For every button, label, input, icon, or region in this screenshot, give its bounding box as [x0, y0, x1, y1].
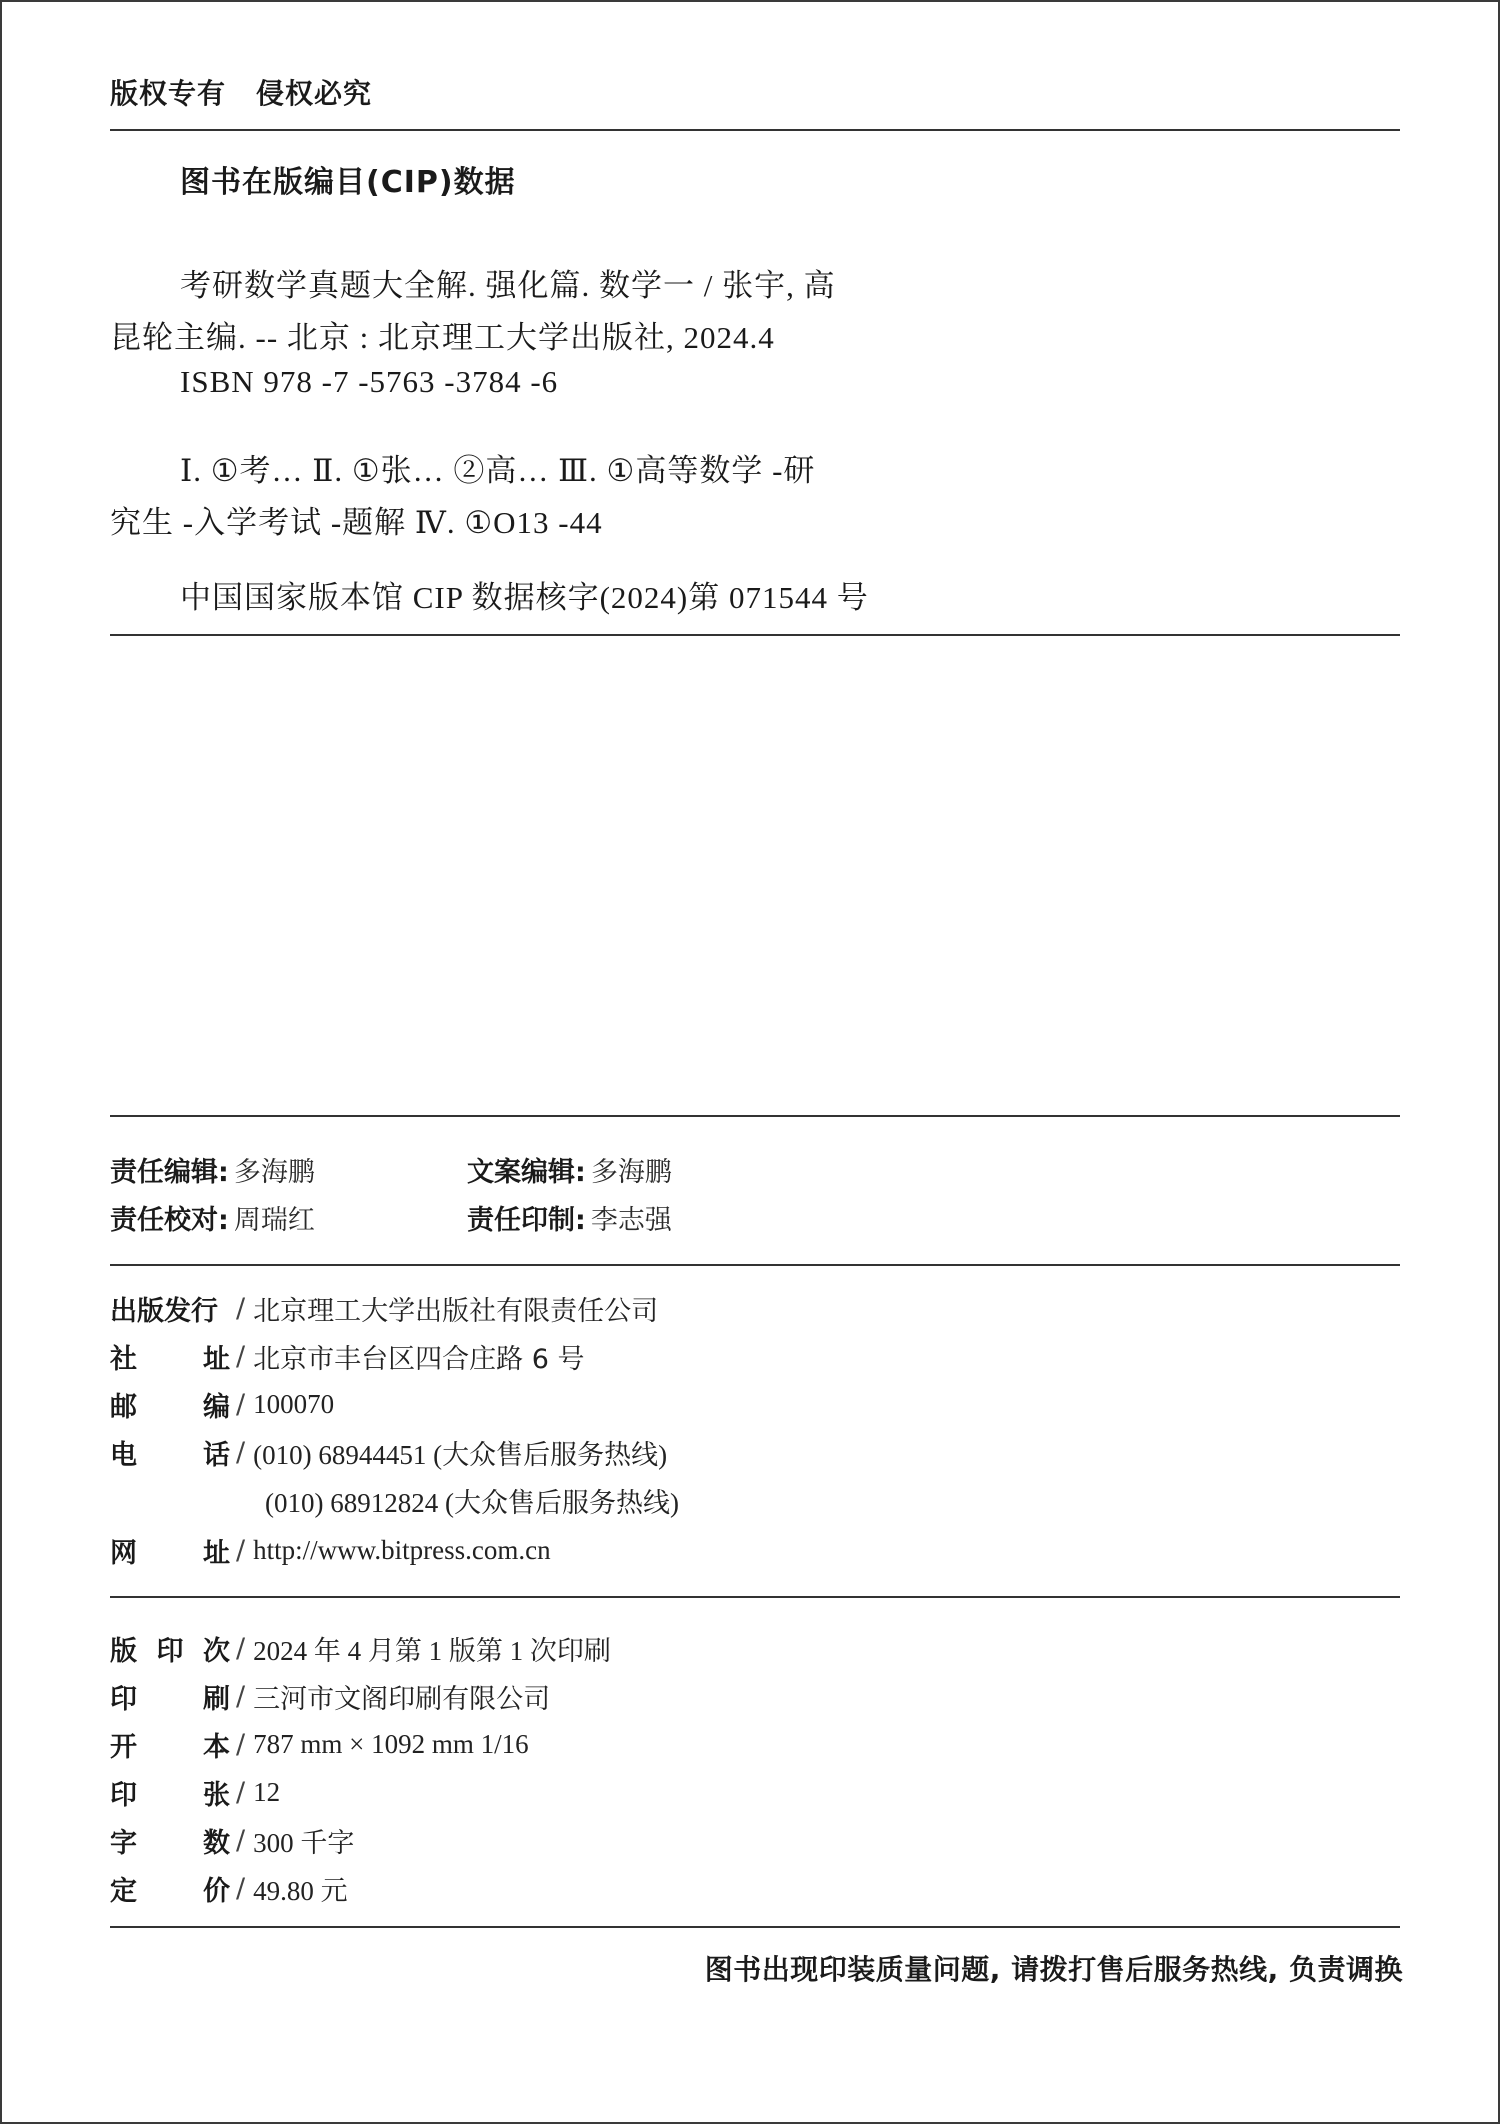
cip-line-publisher: 昆轮主编. -- 北京 : 北京理工大学出版社, 2024.4: [110, 312, 775, 357]
info-label: 电话: [110, 1433, 230, 1472]
info-label: 开本: [110, 1725, 230, 1764]
info-row-postcode: 邮编 / 100070: [110, 1384, 334, 1424]
info-label: 邮编: [110, 1385, 230, 1424]
staff-label: 责任印制:: [467, 1205, 586, 1236]
divider-print-top: [110, 1596, 1400, 1598]
info-row-phone: 电话 / (010) 68944451 (大众售后服务热线): [110, 1432, 667, 1472]
slash-separator: /: [236, 1389, 245, 1420]
info-value: 787 mm × 1092 mm 1/16: [253, 1729, 528, 1760]
info-value: 三河市文阁印刷有限公司: [253, 1677, 550, 1716]
info-row-word-count: 字数 / 300 千字: [110, 1820, 354, 1860]
quality-notice: 图书出现印装质量问题, 请拨打售后服务热线, 负责调换: [705, 1948, 1403, 1988]
slash-separator: /: [236, 1681, 245, 1712]
divider-footer-top: [110, 1926, 1400, 1928]
staff-label: 文案编辑:: [467, 1157, 586, 1188]
slash-separator: /: [236, 1341, 245, 1372]
info-label: 出版发行: [110, 1289, 230, 1328]
info-row-printer: 印刷 / 三河市文阁印刷有限公司: [110, 1676, 550, 1716]
slash-separator: /: [236, 1535, 245, 1566]
info-label: 版印次: [110, 1629, 230, 1668]
cip-line-classification-cont: 究生 -入学考试 -题解 Ⅳ. ①O13 -44: [110, 497, 603, 542]
staff-value: 多海鹏: [234, 1157, 315, 1188]
staff-label: 责任校对:: [110, 1205, 229, 1236]
info-label: 社址: [110, 1337, 230, 1376]
info-label: 印刷: [110, 1677, 230, 1716]
info-row-sheets: 印张 / 12: [110, 1772, 280, 1812]
info-label: 定价: [110, 1869, 230, 1908]
info-row-website: 网址 / http://www.bitpress.com.cn: [110, 1530, 551, 1570]
info-value: 北京市丰台区四合庄路 6 号: [253, 1337, 584, 1376]
info-value: 100070: [253, 1389, 334, 1420]
staff-value: 周瑞红: [234, 1205, 315, 1236]
divider-top: [110, 129, 1400, 131]
slash-separator: /: [236, 1293, 245, 1324]
info-value: (010) 68944451 (大众售后服务热线): [253, 1433, 667, 1472]
staff-copy-editor: 文案编辑: 多海鹏: [467, 1150, 672, 1189]
info-row-publisher: 出版发行 / 北京理工大学出版社有限责任公司: [110, 1288, 658, 1328]
slash-separator: /: [236, 1825, 245, 1856]
info-value: 49.80 元: [253, 1869, 348, 1908]
staff-value: 李志强: [591, 1205, 672, 1236]
cip-line-isbn: ISBN 978 -7 -5763 -3784 -6: [180, 364, 558, 400]
slash-separator: /: [236, 1437, 245, 1468]
staff-value: 多海鹏: [591, 1157, 672, 1188]
info-value: 2024 年 4 月第 1 版第 1 次印刷: [253, 1629, 611, 1668]
info-row-price: 定价 / 49.80 元: [110, 1868, 348, 1908]
info-value: (010) 68912824 (大众售后服务热线): [265, 1481, 679, 1520]
info-value: 300 千字: [253, 1821, 354, 1860]
info-row-address: 社址 / 北京市丰台区四合庄路 6 号: [110, 1336, 584, 1376]
slash-separator: /: [236, 1777, 245, 1808]
copyright-notice: 版权专有侵权必究: [110, 72, 372, 112]
info-label: 网址: [110, 1531, 230, 1570]
cip-line-record-number: 中国国家版本馆 CIP 数据核字(2024)第 071544 号: [180, 572, 869, 617]
piracy-warning: 侵权必究: [256, 77, 372, 110]
divider-cip-bottom: [110, 634, 1400, 636]
staff-label: 责任编辑:: [110, 1157, 229, 1188]
divider-publisher-top: [110, 1264, 1400, 1266]
staff-proofreader: 责任校对: 周瑞红: [110, 1198, 315, 1237]
info-row-phone-2: (010) 68912824 (大众售后服务热线): [265, 1480, 679, 1520]
staff-print-supervisor: 责任印制: 李志强: [467, 1198, 672, 1237]
info-row-edition: 版印次 / 2024 年 4 月第 1 版第 1 次印刷: [110, 1628, 611, 1668]
cip-line-classification: Ⅰ. ①考… Ⅱ. ①张… ②高… Ⅲ. ①高等数学 -研: [180, 445, 815, 490]
info-label: 字数: [110, 1821, 230, 1860]
divider-staff-top: [110, 1115, 1400, 1117]
slash-separator: /: [236, 1633, 245, 1664]
cip-title: 图书在版编目(CIP)数据: [180, 157, 516, 201]
website-link[interactable]: http://www.bitpress.com.cn: [253, 1535, 550, 1566]
slash-separator: /: [236, 1729, 245, 1760]
info-row-format: 开本 / 787 mm × 1092 mm 1/16: [110, 1724, 529, 1764]
copyright-page: 版权专有侵权必究 图书在版编目(CIP)数据 考研数学真题大全解. 强化篇. 数…: [0, 0, 1500, 2124]
info-value: 北京理工大学出版社有限责任公司: [253, 1289, 658, 1328]
copyright-reserved: 版权专有: [110, 77, 226, 110]
slash-separator: /: [236, 1873, 245, 1904]
cip-line-title: 考研数学真题大全解. 强化篇. 数学一 / 张宇, 高: [180, 260, 836, 305]
info-label: 印张: [110, 1773, 230, 1812]
staff-responsible-editor: 责任编辑: 多海鹏: [110, 1150, 315, 1189]
info-value: 12: [253, 1777, 280, 1808]
